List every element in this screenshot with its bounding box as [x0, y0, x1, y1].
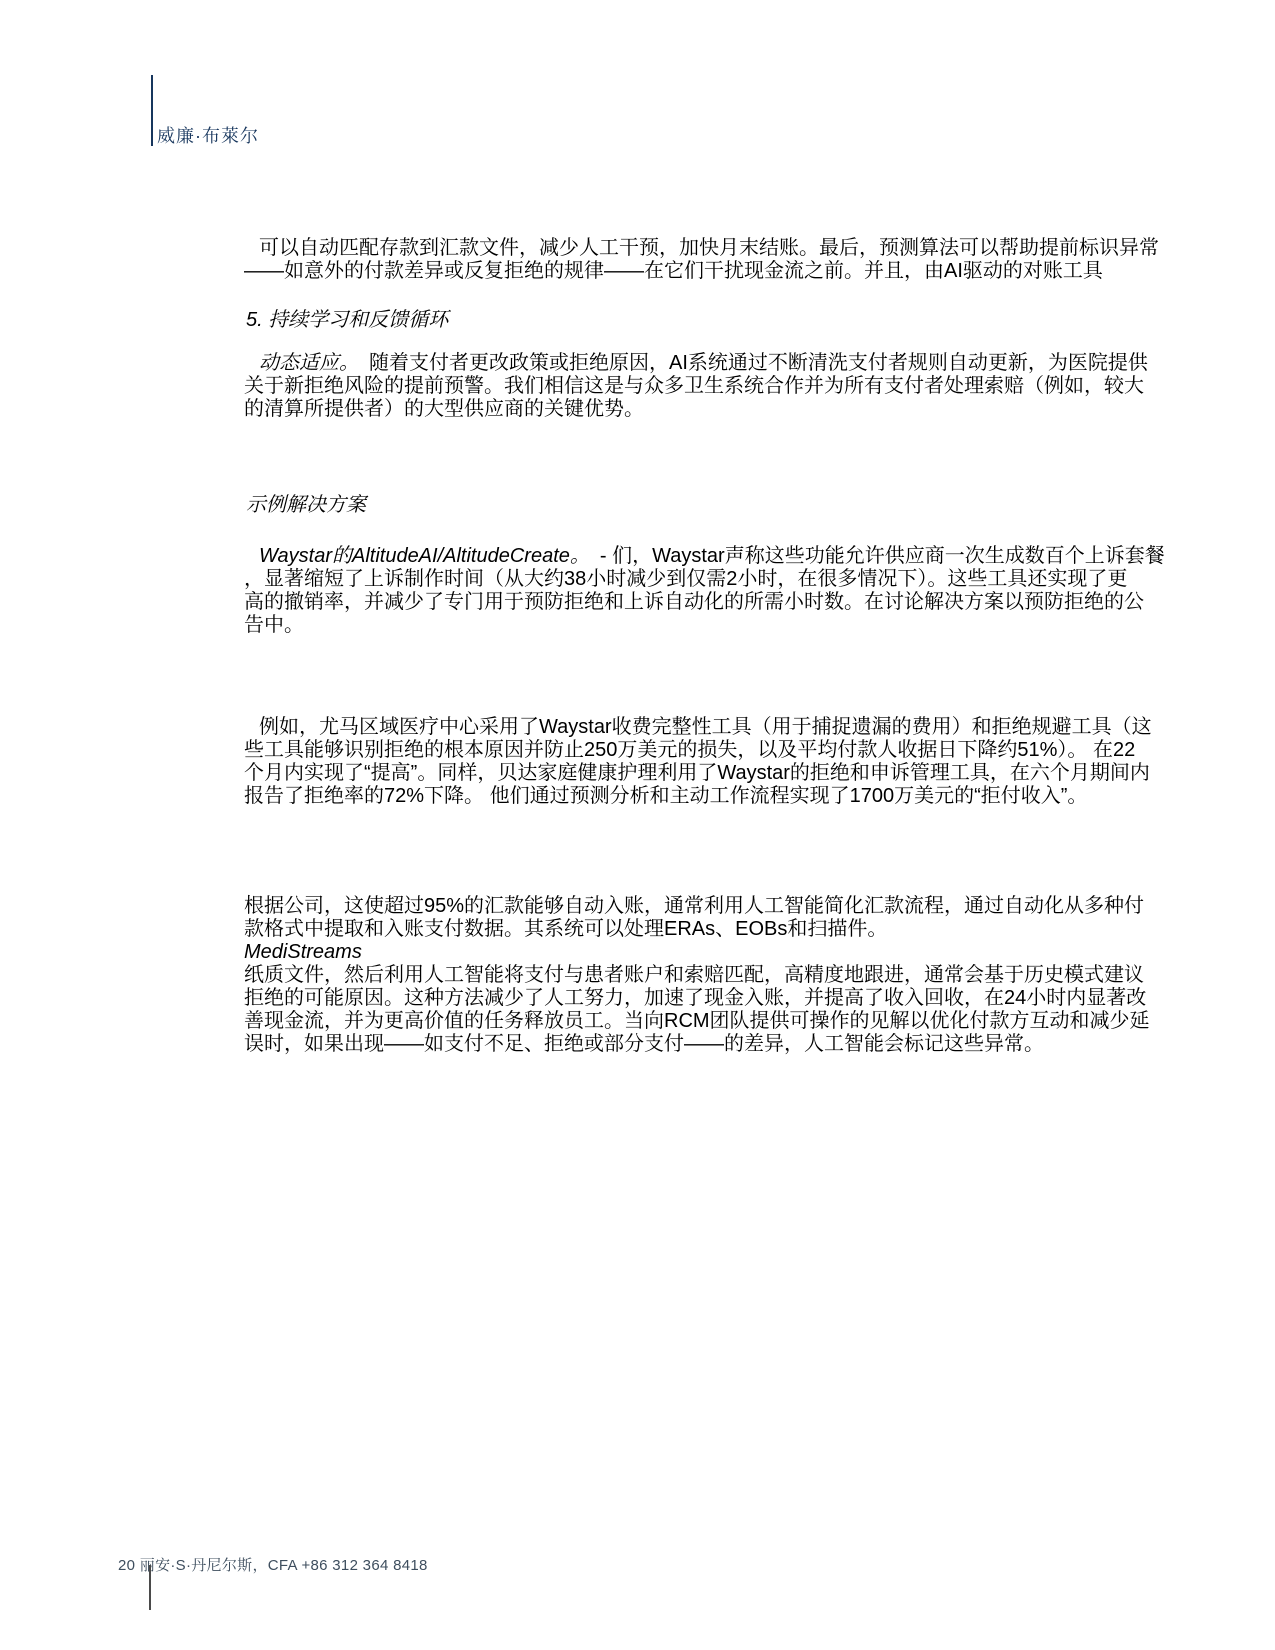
section-heading-continuous-learning: 5. 持续学习和反馈循环	[246, 309, 448, 332]
text-line: 报告了拒绝率的72%下降。 他们通过预测分析和主动工作流程实现了1700万美元的…	[244, 785, 1152, 808]
text-line: 根据公司，这使超过95%的汇款能够自动入账，通常利用人工智能简化汇款流程，通过自…	[244, 895, 1150, 918]
paragraph-medistreams: 根据公司，这使超过95%的汇款能够自动入账，通常利用人工智能简化汇款流程，通过自…	[244, 895, 1150, 1056]
text-line: Waystar的AltitudeAI/AltitudeCreate。 - 们，W…	[244, 545, 1165, 568]
brand-vertical-rule	[151, 75, 153, 146]
paragraph-lead-italic: Waystar的AltitudeAI/AltitudeCreate。	[259, 545, 580, 567]
text-line: 高的撤销率，并减少了专门用于预防拒绝和上诉自动化的所需小时数。在讨论解决方案以预…	[244, 591, 1165, 614]
analyst-contact: 丽安·S·丹尼尔斯，CFA +86 312 364 8418	[140, 1557, 428, 1574]
text-line: 善现金流，并为更高价值的任务释放员工。当向RCM团队提供可操作的见解以优化付款方…	[244, 1010, 1150, 1033]
text-line: 的清算所提供者）的大型供应商的关键优势。	[244, 398, 1148, 421]
text-line: ，显著缩短了上诉制作时间（从大约38小时减少到仅需2小时，在很多情况下）。这些工…	[244, 568, 1165, 591]
text-line: 动态适应。 随着支付者更改政策或拒绝原因，AI系统通过不断清洗支付者规则自动更新…	[244, 352, 1148, 375]
text-line: 拒绝的可能原因。这种方法减少了人工努力，加速了现金入账，并提高了收入回收，在24…	[244, 987, 1150, 1010]
text-line: 关于新拒绝风险的提前预警。我们相信这是与众多卫生系统合作并为所有支付者处理索赔（…	[244, 375, 1148, 398]
text-line: 可以自动匹配存款到汇款文件，减少人工干预，加快月末结账。最后，预测算法可以帮助提…	[244, 237, 1159, 260]
brand-name: 威廉·布萊尔	[157, 125, 259, 147]
document-page: { "colors": { "brand_blue": "#17365d", "…	[0, 0, 1275, 1650]
text-line: 款格式中提取和入账支付数据。其系统可以处理ERAs、EOBs和扫描件。	[244, 918, 1150, 941]
paragraph-yuma-beta-case: 例如，尤马区域医疗中心采用了Waystar收费完整性工具（用于捕捉遗漏的费用）和…	[244, 716, 1152, 808]
text-line: 例如，尤马区域医疗中心采用了Waystar收费完整性工具（用于捕捉遗漏的费用）和…	[244, 716, 1152, 739]
paragraph-lead-italic: 动态适应。	[259, 352, 349, 374]
text-line: 个月内实现了“提高”。同样，贝达家庭健康护理利用了Waystar的拒绝和申诉管理…	[244, 762, 1152, 785]
paragraph-reconciliation: 可以自动匹配存款到汇款文件，减少人工干预，加快月末结账。最后，预测算法可以帮助提…	[244, 237, 1159, 283]
text-line: 纸质文件，然后利用人工智能将支付与患者账户和索赔匹配，高精度地跟进，通常会基于历…	[244, 964, 1150, 987]
text-line: 误时，如果出现——如支付不足、拒绝或部分支付——的差异，人工智能会标记这些异常。	[244, 1033, 1150, 1056]
text-line: 些工具能够识别拒绝的根本原因并防止250万美元的损失，以及平均付款人收据日下降约…	[244, 739, 1152, 762]
text-run: - 们，Waystar声称这些功能允许供应商一次生成数百个上诉套餐	[580, 545, 1165, 567]
footer-vertical-rule	[149, 1565, 151, 1610]
text-run: 随着支付者更改政策或拒绝原因，AI系统通过不断清洗支付者规则自动更新，为医院提供	[349, 352, 1148, 374]
section-heading-example-solutions: 示例解决方案	[246, 494, 366, 517]
paragraph-waystar-altitude: Waystar的AltitudeAI/AltitudeCreate。 - 们，W…	[244, 545, 1165, 637]
page-number: 20	[118, 1557, 140, 1574]
medistreams-company-name: MediStreams	[244, 941, 1150, 964]
text-line: ——如意外的付款差异或反复拒绝的规律——在它们干扰现金流之前。并且，由AI驱动的…	[244, 260, 1159, 283]
footer: 20 丽安·S·丹尼尔斯，CFA +86 312 364 8418	[118, 1556, 428, 1575]
text-line: 告中。	[244, 614, 1165, 637]
paragraph-dynamic-adaptation: 动态适应。 随着支付者更改政策或拒绝原因，AI系统通过不断清洗支付者规则自动更新…	[244, 352, 1148, 421]
